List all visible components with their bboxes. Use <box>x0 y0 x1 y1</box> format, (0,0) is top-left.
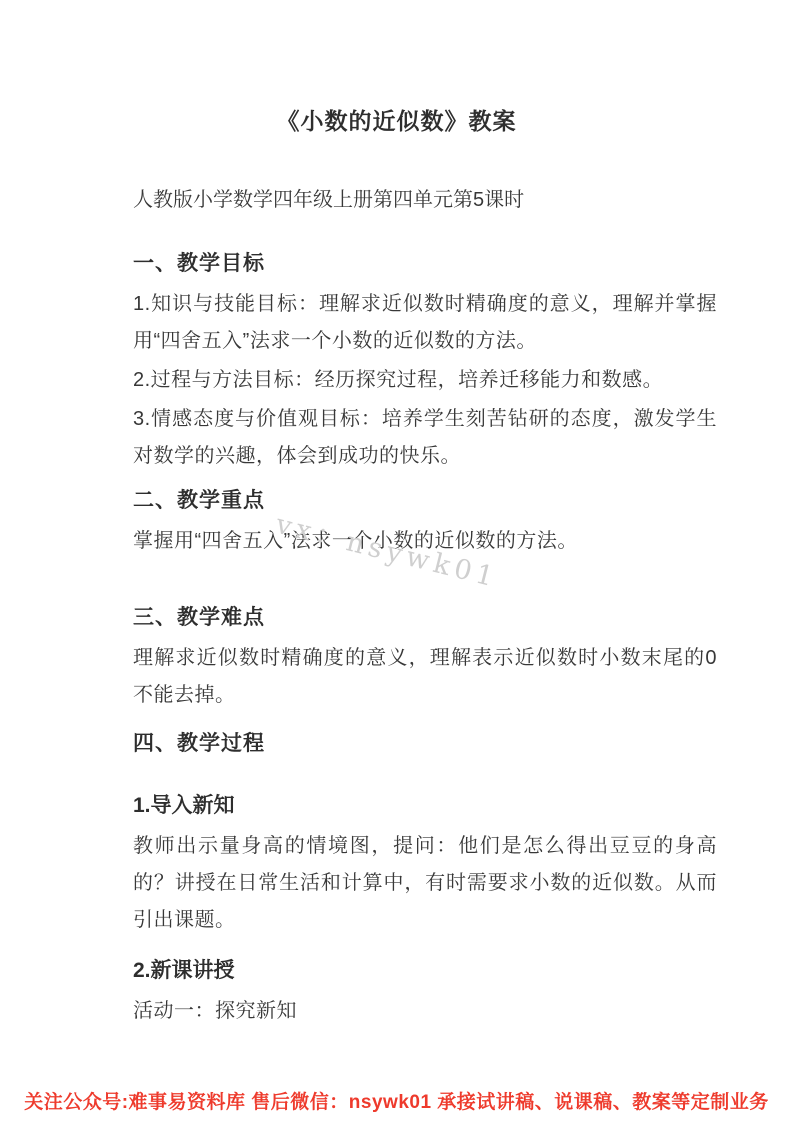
page-title: 《小数的近似数》教案 <box>0 104 793 138</box>
subsection-heading-intro: 1.导入新知 <box>133 792 717 820</box>
section-heading-key-points: 二、教学重点 <box>133 487 717 515</box>
paragraph-activity-1: 活动一：探究新知 <box>133 993 717 1030</box>
section-heading-process: 四、教学过程 <box>133 730 717 758</box>
subsection-heading-new-lesson: 2.新课讲授 <box>133 957 717 985</box>
paragraph-objective-1: 1.知识与技能目标：理解求近似数时精确度的意义，理解并掌握用“四舍五入”法求一个… <box>133 286 717 360</box>
footer-promo-banner: 关注公众号:难事易资料库 售后微信：nsywk01 承接试讲稿、说课稿、教案等定… <box>0 1090 793 1116</box>
paragraph-key-points: 掌握用“四舍五入”法求一个小数的近似数的方法。 <box>133 523 717 560</box>
paragraph-difficulties: 理解求近似数时精确度的意义，理解表示近似数时小数末尾的0不能去掉。 <box>133 640 717 714</box>
page-subtitle: 人教版小学数学四年级上册第四单元第5课时 <box>133 186 717 214</box>
paragraph-objective-3: 3.情感态度与价值观目标：培养学生刻苦钻研的态度，激发学生对数学的兴趣，体会到成… <box>133 401 717 475</box>
document-page: vx：nsywk01 《小数的近似数》教案 人教版小学数学四年级上册第四单元第5… <box>0 0 793 1122</box>
section-heading-difficulties: 三、教学难点 <box>133 604 717 632</box>
section-heading-objectives: 一、教学目标 <box>133 250 717 278</box>
paragraph-objective-2: 2.过程与方法目标：经历探究过程，培养迁移能力和数感。 <box>133 362 717 399</box>
paragraph-intro: 教师出示量身高的情境图，提问：他们是怎么得出豆豆的身高的？讲授在日常生活和计算中… <box>133 828 717 939</box>
document-content: 《小数的近似数》教案 人教版小学数学四年级上册第四单元第5课时 一、教学目标 1… <box>0 0 793 1030</box>
